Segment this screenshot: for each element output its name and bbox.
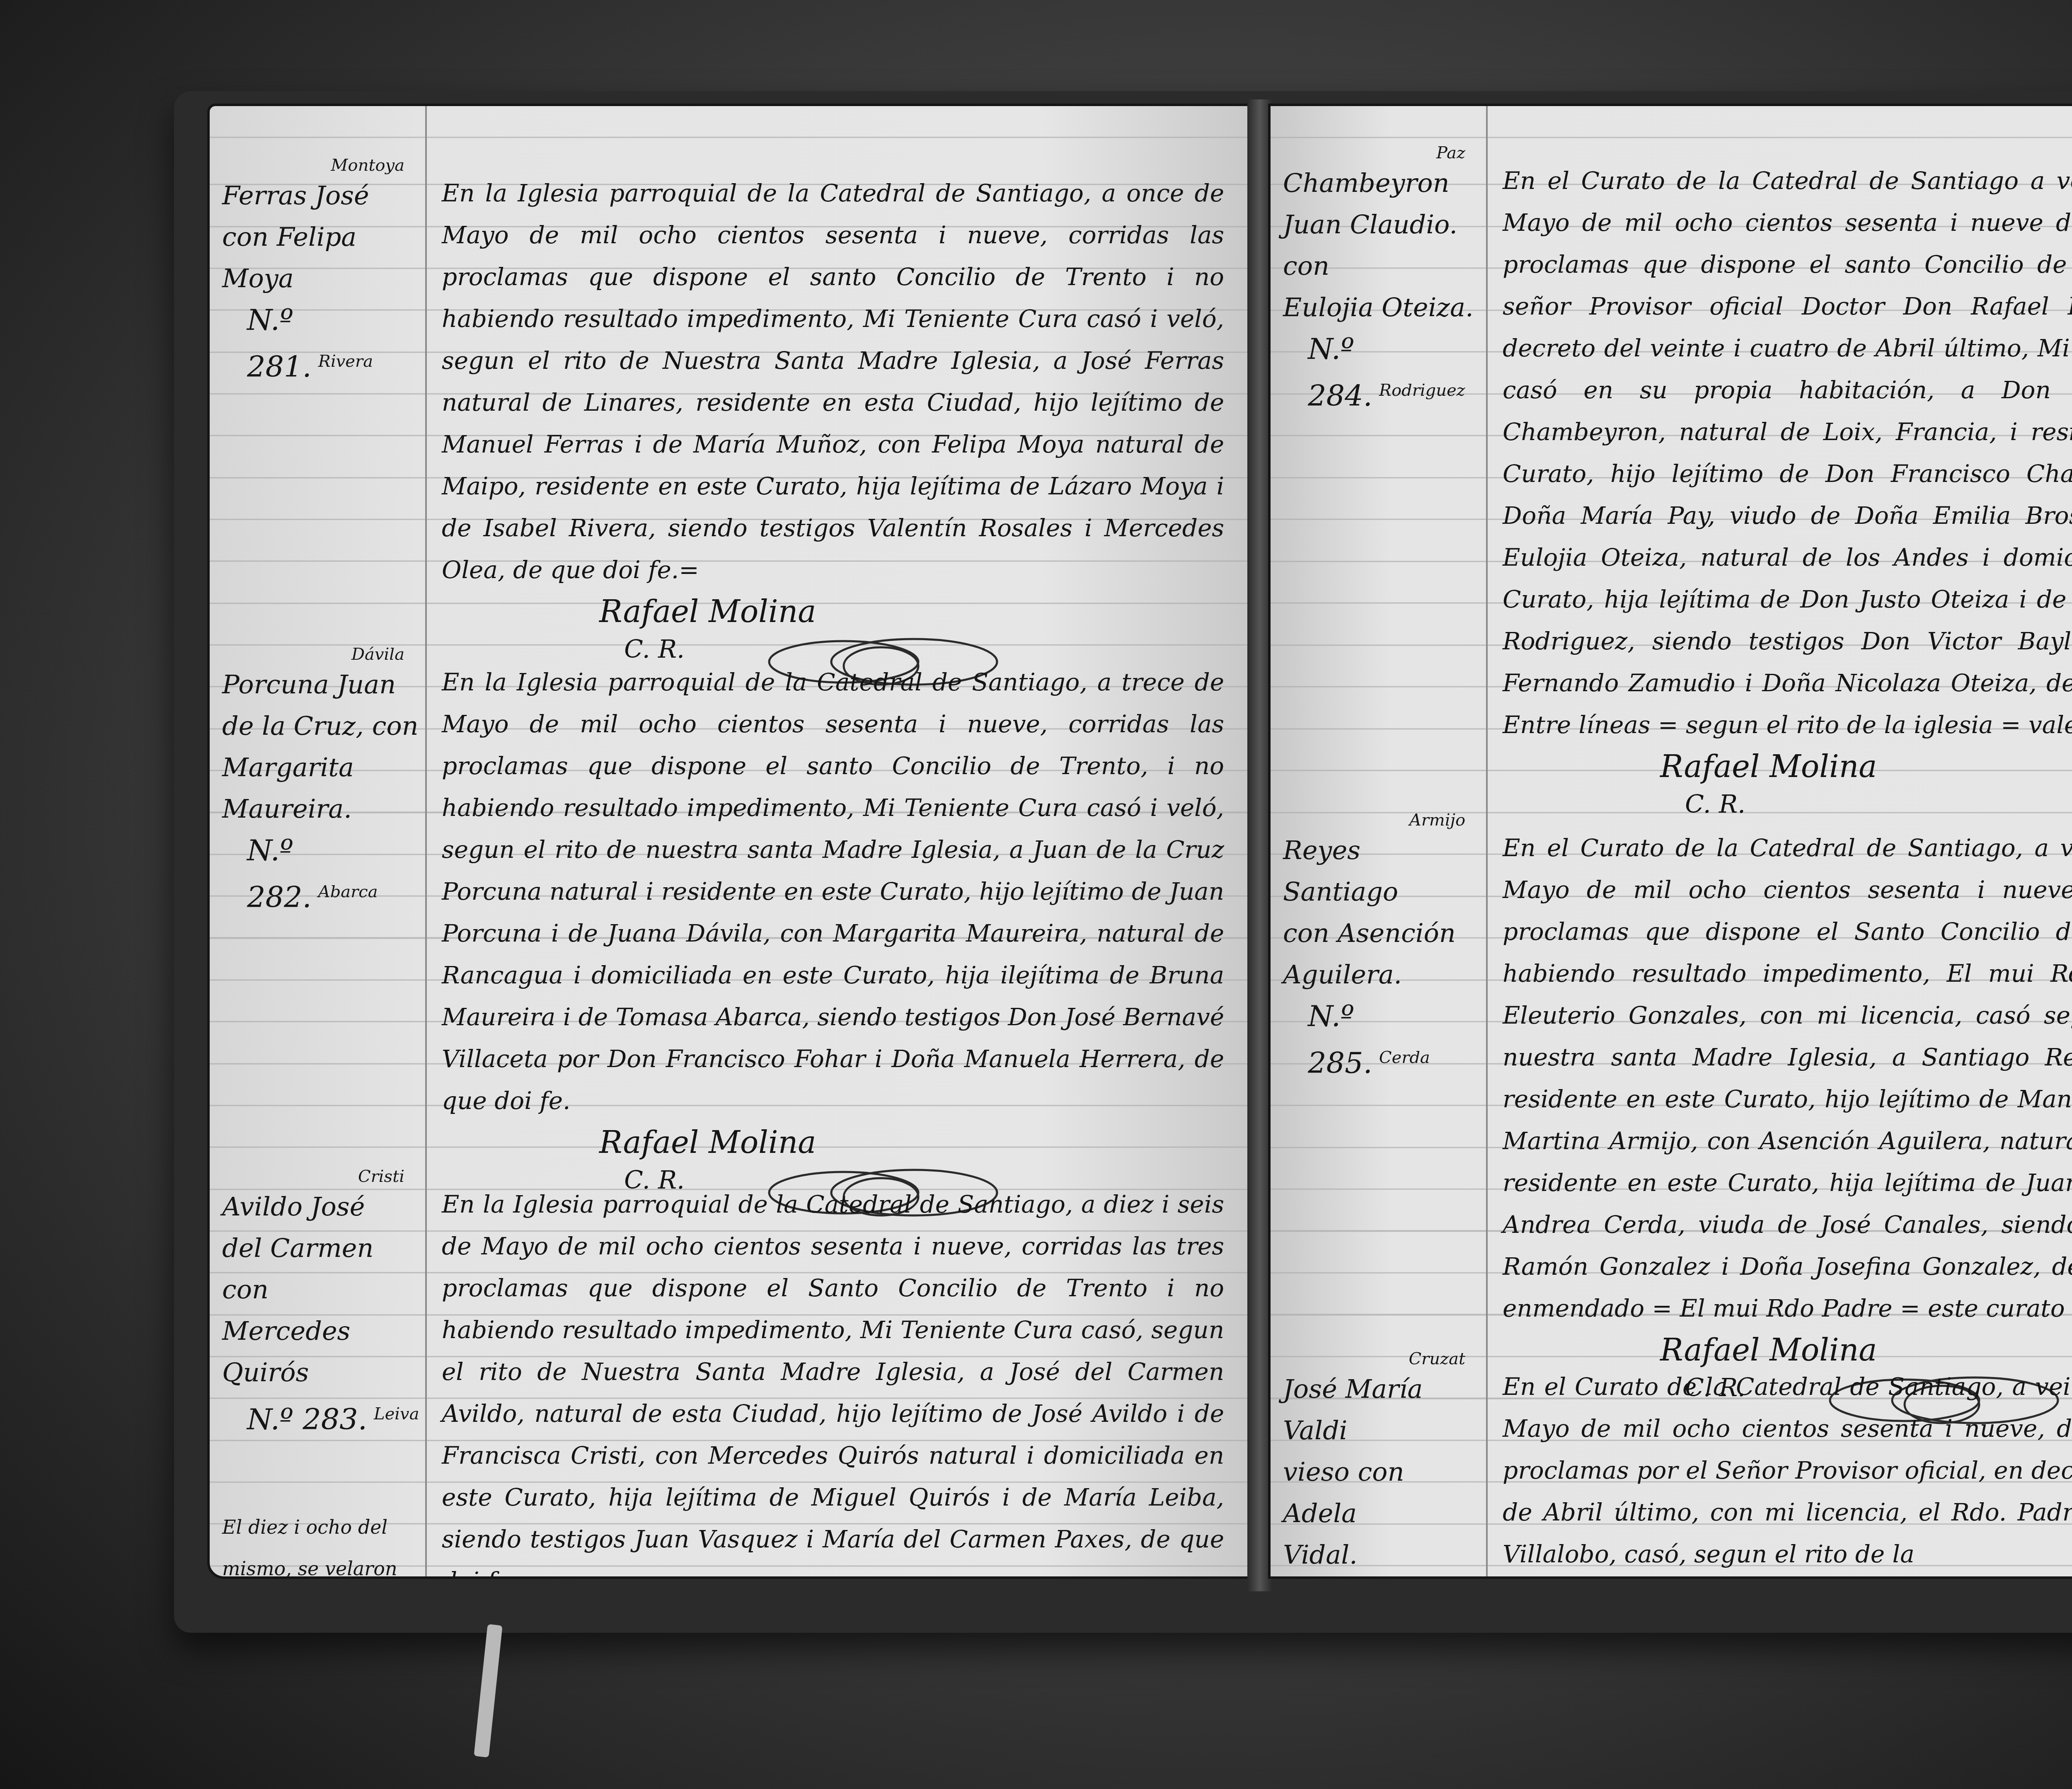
entry-number: N.º 286.Crespo: [1308, 1576, 1482, 1579]
bride-name: Margarita: [222, 747, 421, 788]
bride-name: Mercedes Quirós: [222, 1310, 421, 1393]
entry-number: N.º 281.Rivera: [247, 299, 421, 387]
entry-number-note: Leiva: [374, 1404, 419, 1423]
margin-annotation: Cruzat: [1283, 1349, 1482, 1368]
margin-rule: [1486, 106, 1488, 1576]
entry-margin: Dávila Porcuna Juan de la Cruz, con Marg…: [222, 645, 421, 918]
margin-annotation: Cristi: [222, 1167, 421, 1186]
groom-name-cont: del Carmen con: [222, 1227, 421, 1310]
entry-margin: Cruzat José María Valdi vieso con Adela …: [1283, 1349, 1482, 1579]
groom-name: Ferras José: [222, 175, 421, 216]
bride-name: Vidal.: [1283, 1534, 1482, 1576]
entry-number-note: Abarca: [318, 882, 378, 901]
entry-number: N.º 284.Rodriguez: [1308, 328, 1482, 416]
signature: Rafael Molina: [599, 1122, 1224, 1164]
signature: Rafael Molina: [1660, 746, 2072, 788]
margin-annotation: Armijo: [1283, 811, 1482, 830]
groom-name: Juan Claudio. con: [1283, 204, 1482, 287]
groom-name-cont: de la Cruz, con: [222, 705, 421, 747]
bride-name: con Asención Aguilera.: [1283, 913, 1482, 995]
groom-name: Avildo José: [222, 1186, 421, 1227]
entry-text: En el Curato de la Catedral de Santiago …: [1503, 160, 2072, 821]
entry-text: En la Iglesia parroquial de la Catedral …: [442, 1184, 1224, 1579]
bride-surname: Maureira.: [222, 788, 421, 830]
entry-number-note: Cerda: [1379, 1048, 1430, 1067]
bride-name: con Felipa Moya: [222, 216, 421, 299]
signature: Rafael Molina: [599, 591, 1224, 633]
groom-name: Porcuna Juan: [222, 664, 421, 705]
velación-note: El diez i ocho del mismo, se velaron los…: [222, 1506, 421, 1579]
margin-rule: [425, 106, 427, 1576]
entry-margin: Paz Chambeyron Juan Claudio. con Eulojia…: [1283, 143, 1482, 416]
entry-margin: Montoya Ferras José con Felipa Moya N.º …: [222, 156, 421, 387]
entry-text: En el Curato de la Catedral de Santiago,…: [1503, 827, 2072, 1429]
entry-text: En la Iglesia parroquial de la Catedral …: [442, 172, 1224, 691]
entry-margin: Cristi Avildo José del Carmen con Merced…: [222, 1167, 421, 1579]
left-page: Montoya Ferras José con Felipa Moya N.º …: [207, 104, 1251, 1579]
signature: Rafael Molina: [1660, 1329, 2072, 1371]
register-book: Montoya Ferras José con Felipa Moya N.º …: [174, 75, 2072, 1633]
entry-number: N.º 282.Abarca: [247, 830, 421, 918]
bride-name: Eulojia Oteiza.: [1283, 287, 1482, 328]
entry-number: N.º 283.Leiva: [247, 1393, 421, 1440]
entry-margin: Armijo Reyes Santiago con Asención Aguil…: [1283, 811, 1482, 1084]
entry-text: En el Curato de la Catedral de Santiago,…: [1503, 1366, 2072, 1575]
right-page: 120 Paz Chambeyron Juan Claudio. con Eul…: [1268, 104, 2072, 1579]
margin-annotation: Montoya: [222, 156, 421, 175]
groom-name-cont: vieso con Adela: [1283, 1451, 1482, 1534]
groom-surname: Chambeyron: [1283, 162, 1482, 204]
groom-name: José María Valdi: [1283, 1368, 1482, 1451]
margin-annotation: Dávila: [222, 645, 421, 664]
entry-text: En la Iglesia parroquial de la Catedral …: [442, 661, 1224, 1222]
signature-title: C. R.: [1685, 788, 2072, 821]
entry-number-note: Rivera: [318, 352, 373, 371]
entry-number: N.º 285.Cerda: [1308, 995, 1482, 1084]
margin-annotation: Paz: [1283, 143, 1482, 162]
entry-number-note: Rodriguez: [1379, 381, 1465, 400]
groom-name: Reyes Santiago: [1283, 830, 1482, 913]
